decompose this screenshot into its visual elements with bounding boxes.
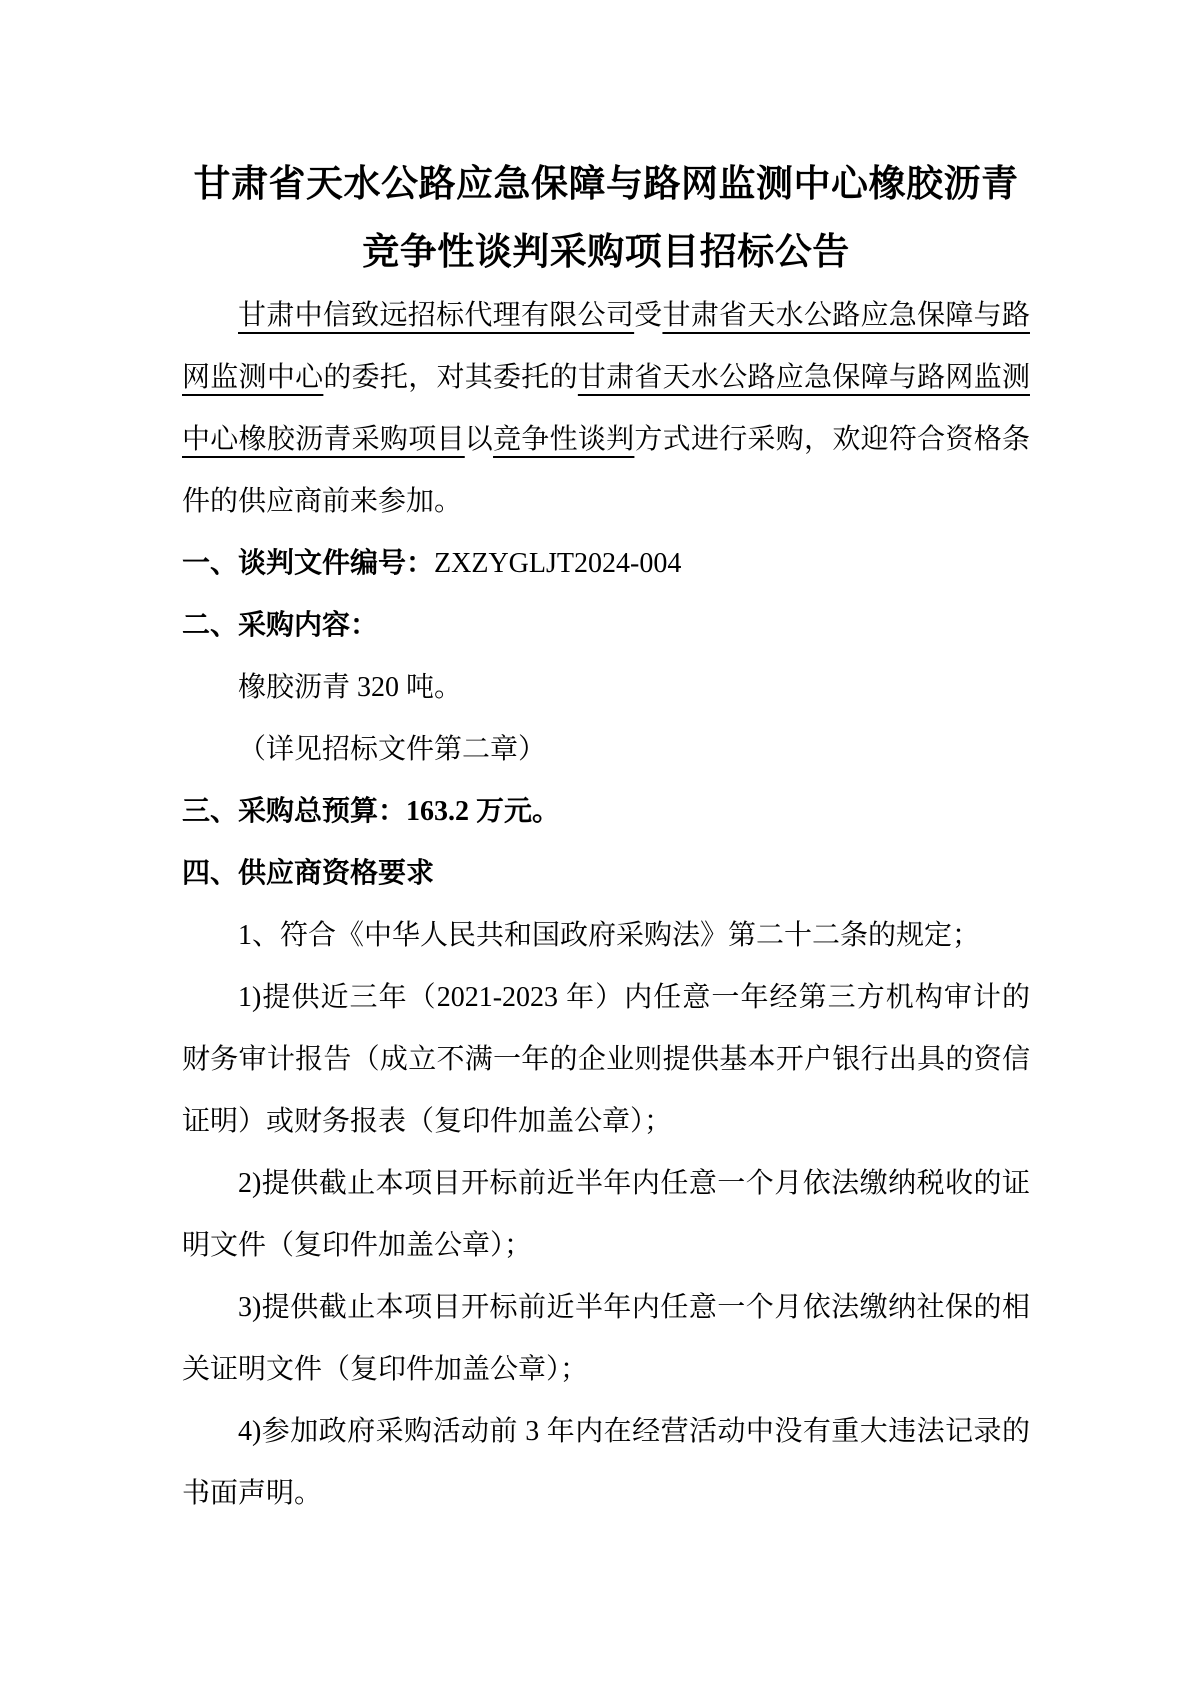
document-body: 甘肃中信致远招标代理有限公司受甘肃省天水公路应急保障与路网监测中心的委托，对其委… [182,285,1030,1525]
qualification-subitem-2-text: 2)提供截止本项目开标前近半年内任意一个月依法缴纳税收的证明文件（复印件加盖公章… [182,1168,1030,1261]
qualification-subitem-2: 2)提供截止本项目开标前近半年内任意一个月依法缴纳税收的证明文件（复印件加盖公章… [182,1153,1030,1277]
title-line-1: 甘肃省天水公路应急保障与路网监测中心橡胶沥青 [182,151,1030,219]
purchase-content-label: 二、采购内容： [182,610,378,641]
qualification-subitem-1: 1)提供近三年（2021-2023 年）内任意一年经第三方机构审计的财务审计报告… [182,967,1030,1153]
document-page: 甘肃省天水公路应急保障与路网监测中心橡胶沥青 竞争性谈判采购项目招标公告 甘肃中… [0,0,1191,1684]
document-content: 甘肃省天水公路应急保障与路网监测中心橡胶沥青 竞争性谈判采购项目招标公告 甘肃中… [182,0,1030,1525]
agency-name: 甘肃中信致远招标代理有限公司 [238,300,634,331]
qualification-subitem-3: 3)提供截止本项目开标前近半年内任意一个月依法缴纳社保的相关证明文件（复印件加盖… [182,1277,1030,1401]
section-heading-purchase-content: 二、采购内容： [182,595,1030,657]
intro-paragraph: 甘肃中信致远招标代理有限公司受甘肃省天水公路应急保障与路网监测中心的委托，对其委… [182,285,1030,533]
intro-connector-1: 受 [634,300,662,331]
section-heading-supplier-qualification: 四、供应商资格要求 [182,843,1030,905]
procurement-method: 竞争性谈判 [493,424,634,455]
purchase-content-note: （详见招标文件第二章） [182,719,1030,781]
supplier-qualification-label: 四、供应商资格要求 [182,858,434,889]
section-heading-budget: 三、采购总预算：163.2 万元。 [182,781,1030,843]
file-number-label: 一、谈判文件编号： [182,548,434,579]
document-title: 甘肃省天水公路应急保障与路网监测中心橡胶沥青 竞争性谈判采购项目招标公告 [182,151,1030,287]
qualification-requirement-1: 1、符合《中华人民共和国政府采购法》第二十二条的规定； [182,905,1030,967]
intro-connector-3: 以 [465,424,493,455]
qualification-requirement-1-text: 1、符合《中华人民共和国政府采购法》第二十二条的规定； [238,920,980,951]
purchase-content-item-text: 橡胶沥青 320 吨。 [238,672,462,703]
qualification-subitem-4-text: 4)参加政府采购活动前 3 年内在经营活动中没有重大违法记录的书面声明。 [182,1416,1030,1509]
qualification-subitem-1-text: 1)提供近三年（2021-2023 年）内任意一年经第三方机构审计的财务审计报告… [182,982,1030,1137]
qualification-subitem-4: 4)参加政府采购活动前 3 年内在经营活动中没有重大违法记录的书面声明。 [182,1401,1030,1525]
section-heading-file-number: 一、谈判文件编号：ZXZYGLJT2024-004 [182,533,1030,595]
purchase-content-item: 橡胶沥青 320 吨。 [182,657,1030,719]
title-line-2: 竞争性谈判采购项目招标公告 [182,219,1030,287]
intro-connector-2: 的委托，对其委托的 [323,362,577,393]
qualification-subitem-3-text: 3)提供截止本项目开标前近半年内任意一个月依法缴纳社保的相关证明文件（复印件加盖… [182,1292,1030,1385]
purchase-content-note-text: （详见招标文件第二章） [238,734,546,765]
budget-label: 三、采购总预算：163.2 万元。 [182,796,560,827]
file-number-value: ZXZYGLJT2024-004 [434,548,681,579]
